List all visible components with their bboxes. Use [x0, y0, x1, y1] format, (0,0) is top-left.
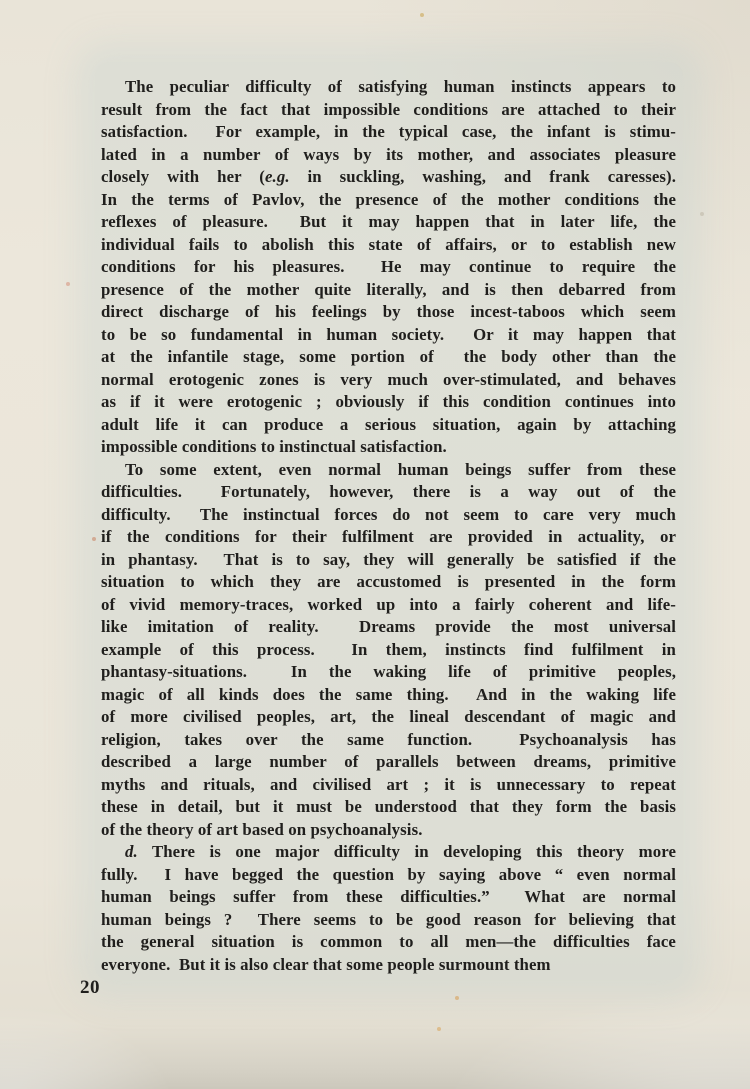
text-line: phantasy-situations. In the waking life … [101, 661, 676, 684]
text-line: result from the fact that impossible con… [101, 99, 676, 122]
text-line: if the conditions for their fulfilment a… [101, 526, 676, 549]
text-line: described a large number of parallels be… [101, 751, 676, 774]
text-line: of more civilised peoples, art, the line… [101, 706, 676, 729]
text-line: closely with her (e.g. in suckling, wash… [101, 166, 676, 189]
text-line: d. There is one major difficulty in deve… [101, 841, 676, 864]
text-line: the general situation is common to all m… [101, 931, 676, 954]
paragraph-2: To some extent, even normal human beings… [101, 459, 676, 842]
page-number: 20 [80, 977, 100, 999]
paragraph-3: d. There is one major difficulty in deve… [101, 841, 676, 976]
text-line: human beings ? There seems to be good re… [101, 909, 676, 932]
text-line: magic of all kinds does the same thing. … [101, 684, 676, 707]
text-line: myths and rituals, and civilised art ; i… [101, 774, 676, 797]
text-line: example of this process. In them, instin… [101, 639, 676, 662]
text-line: difficulty. The instinctual forces do no… [101, 504, 676, 527]
text-line: To some extent, even normal human beings… [101, 459, 676, 482]
text-line: impossible conditions to instinctual sat… [101, 436, 676, 459]
text-line: to be so fundamental in human society. O… [101, 324, 676, 347]
text-line: situation to which they are accustomed i… [101, 571, 676, 594]
paper-speck [420, 13, 424, 17]
text-line: like imitation of reality. Dreams provid… [101, 616, 676, 639]
book-page: The peculiar difficulty of satisfying hu… [0, 0, 750, 1089]
text-line: of vivid memory-traces, worked up into a… [101, 594, 676, 617]
text-line: The peculiar difficulty of satisfying hu… [101, 76, 676, 99]
text-line: conditions for his pleasures. He may con… [101, 256, 676, 279]
text-block: The peculiar difficulty of satisfying hu… [101, 76, 676, 976]
text-line: at the infantile stage, some portion of … [101, 346, 676, 369]
text-line: In the terms of Pavlov, the presence of … [101, 189, 676, 212]
paper-speck [700, 212, 704, 216]
text-line: these in detail, but it must be understo… [101, 796, 676, 819]
text-line: reflexes of pleasure. But it may happen … [101, 211, 676, 234]
text-line: as if it were erotogenic ; obviously if … [101, 391, 676, 414]
paper-speck [455, 996, 459, 1000]
paragraph-1: The peculiar difficulty of satisfying hu… [101, 76, 676, 459]
text-line: individual fails to abolish this state o… [101, 234, 676, 257]
paper-speck [66, 282, 70, 286]
text-line: satisfaction. For example, in the typica… [101, 121, 676, 144]
text-line: in phantasy. That is to say, they will g… [101, 549, 676, 572]
text-line: adult life it can produce a serious situ… [101, 414, 676, 437]
text-line: religion, takes over the same function. … [101, 729, 676, 752]
text-line: of the theory of art based on psychoanal… [101, 819, 676, 842]
text-line: direct discharge of his feelings by thos… [101, 301, 676, 324]
paper-speck [437, 1027, 441, 1031]
paper-speck [92, 537, 96, 541]
text-line: presence of the mother quite literally, … [101, 279, 676, 302]
text-line: fully. I have begged the question by say… [101, 864, 676, 887]
text-line: normal erotogenic zones is very much ove… [101, 369, 676, 392]
text-line: everyone. But it is also clear that some… [101, 954, 676, 977]
text-line: lated in a number of ways by its mother,… [101, 144, 676, 167]
text-line: difficulties. Fortunately, however, ther… [101, 481, 676, 504]
text-line: human beings suffer from these difficult… [101, 886, 676, 909]
